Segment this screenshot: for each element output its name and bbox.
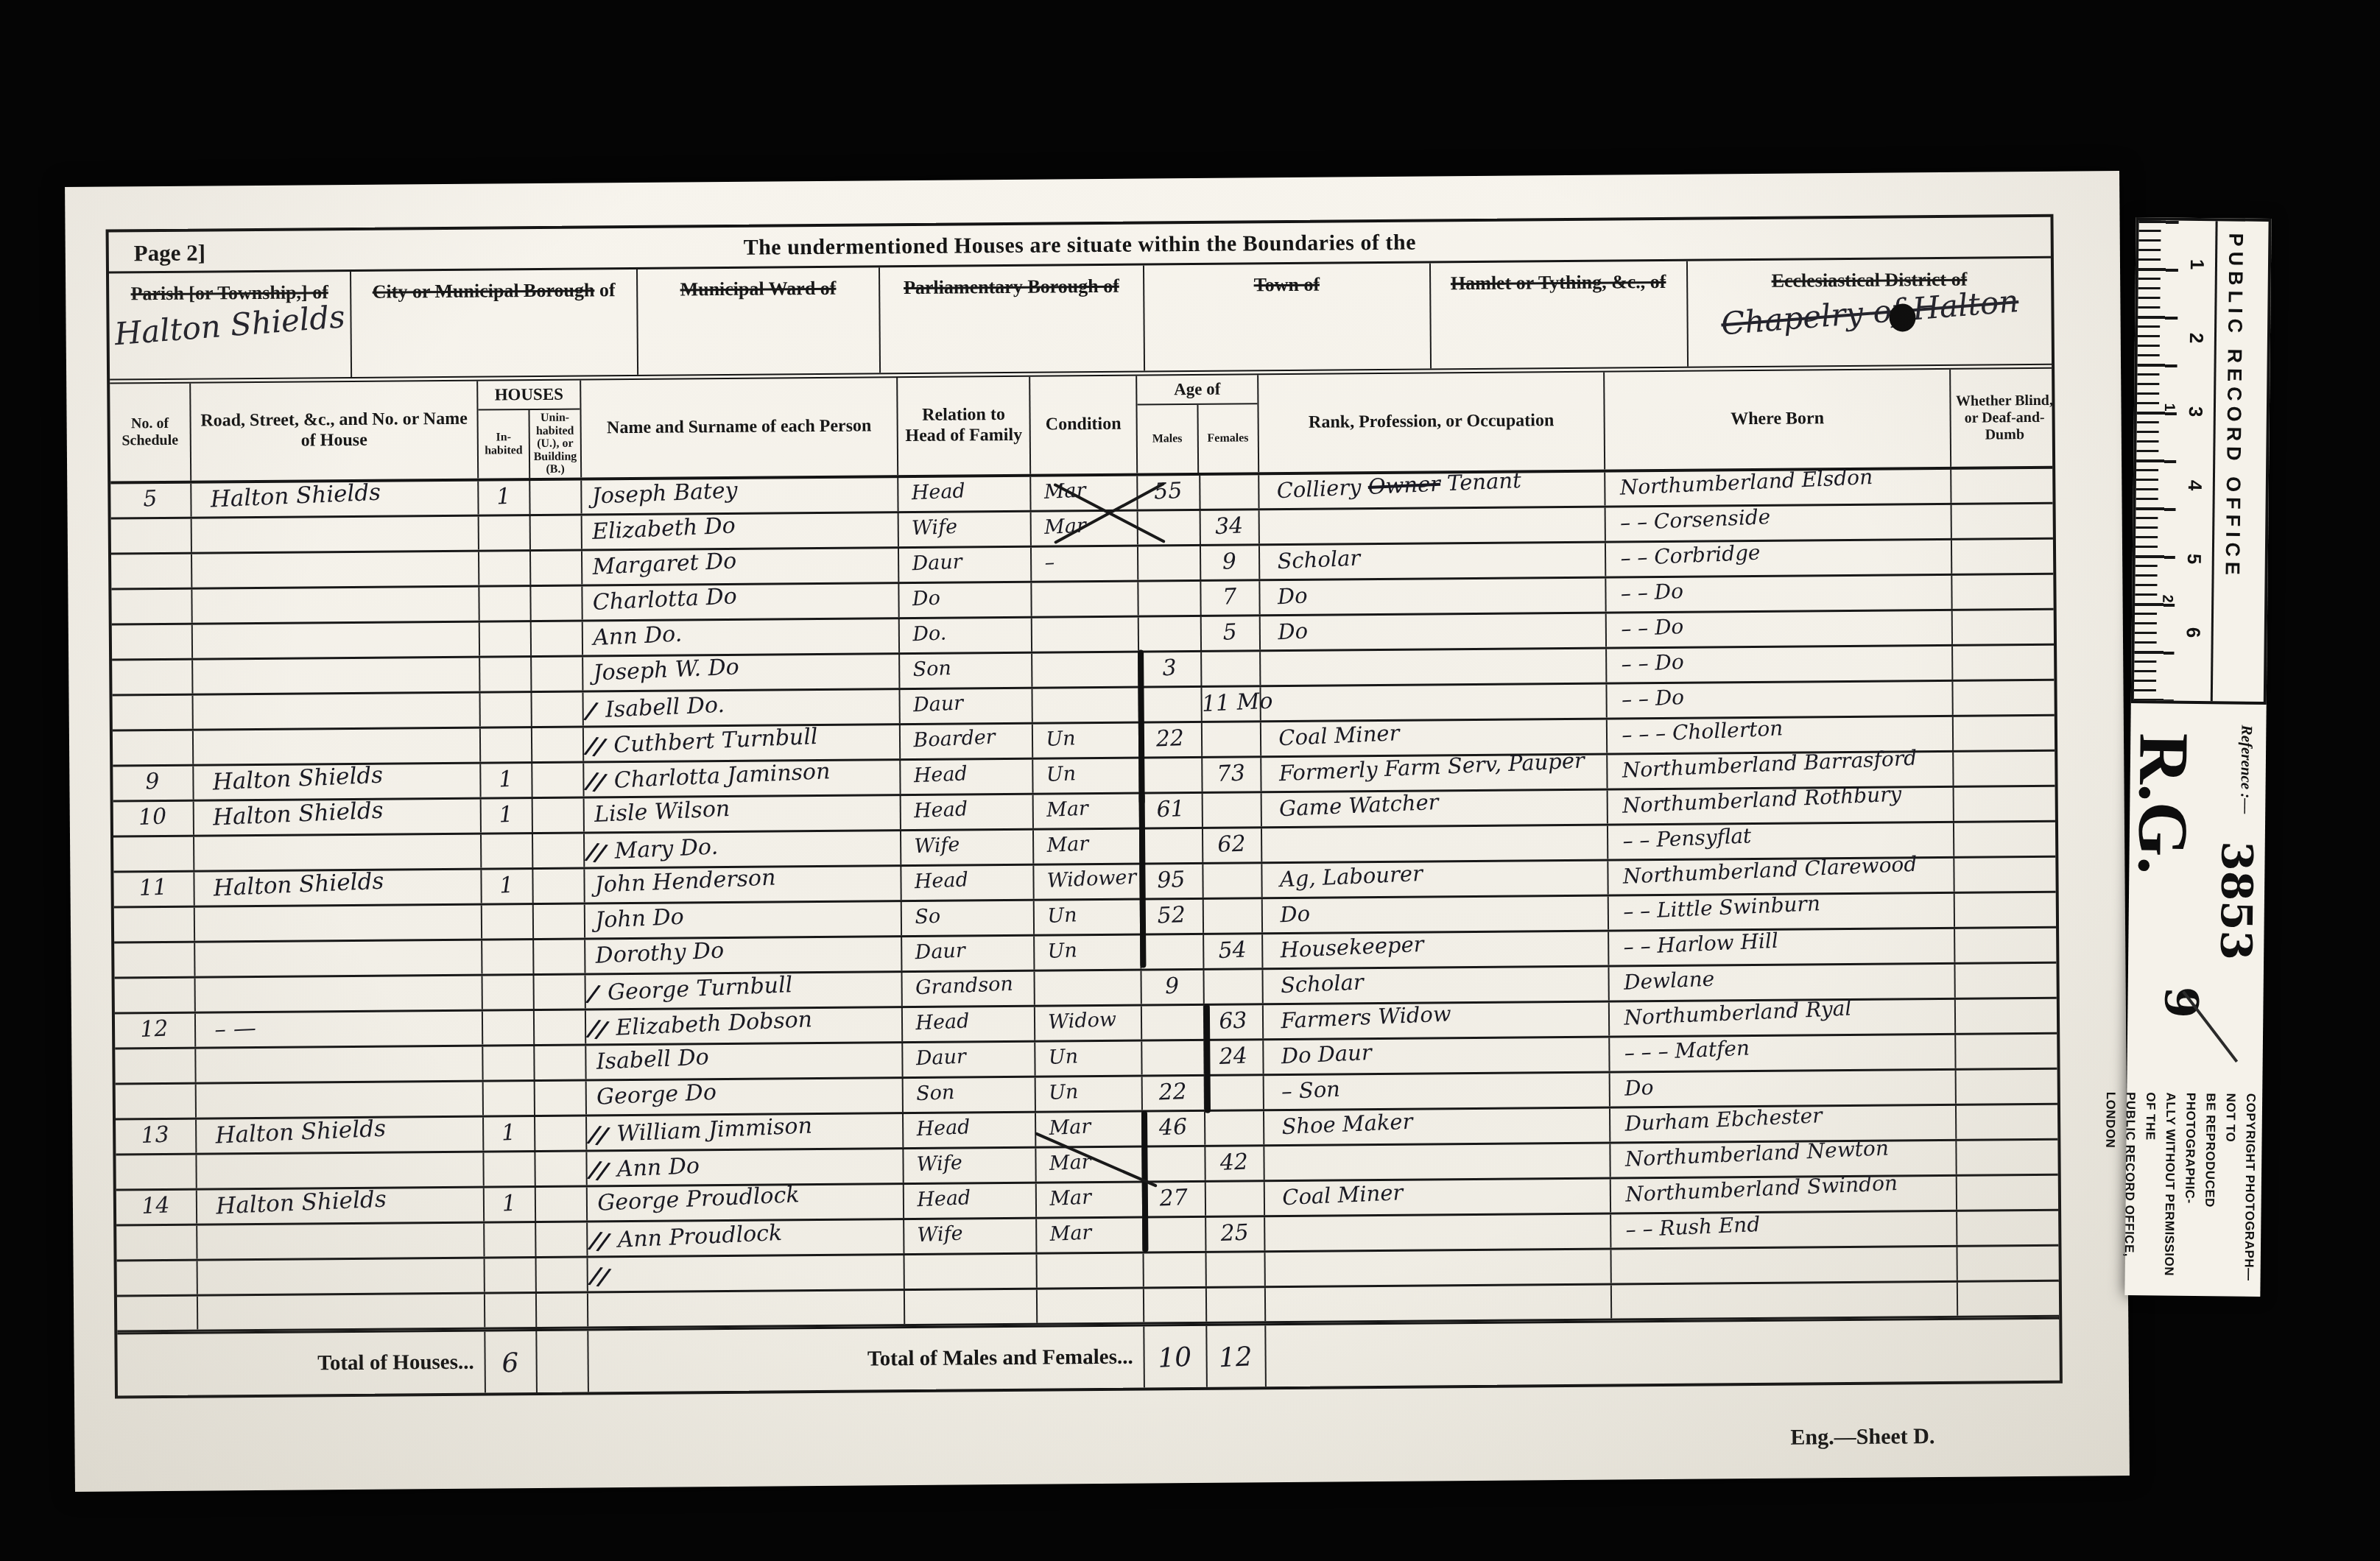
cell-infirm [1952,540,2059,574]
cell-uninhabited [534,904,585,938]
cell-name: Isabell Do [586,1043,903,1079]
cell-name: //William Jimmison [587,1114,904,1149]
cell-occupation-value: Ag, Labourer [1261,856,1423,891]
cell-relation: Son [900,654,1032,688]
cell-condition-value: Mar [1032,792,1088,821]
cell-where-born: Northumberland Ryal [1610,1000,1956,1036]
cell-age-female [1205,1111,1264,1145]
cell-occupation: Colliery Owner Tenant [1259,473,1605,509]
cell-occupation: Do Daur [1264,1038,1610,1074]
cell-inhabited [482,905,534,939]
cell-inhabited [479,587,531,621]
cell-schedule [116,1085,197,1118]
cell-where-born-value: – – Corsenside [1605,499,1771,535]
cell-infirm [1958,1282,2065,1316]
cell-name: Dorothy Do [585,937,902,973]
cell-relation-value: Wife [903,1146,962,1175]
cell-inhabited: 1 [482,870,533,903]
cell-relation-value: Daur [899,686,964,716]
cell-where-born-value: – – Do [1605,574,1684,605]
location-header-label: Parish [or Township,] of [130,281,328,304]
cell-name-value: Isabell Do. [594,687,725,722]
cell-relation-value: Daur [898,544,963,574]
cell-occupation-value: Do [1259,613,1308,644]
cell-schedule: 14 [116,1191,197,1225]
cell-condition-value: Un [1035,1039,1079,1068]
cell-schedule [113,837,194,871]
cell-uninhabited [535,975,586,1009]
cell-schedule [116,1155,197,1189]
cell-inhabited [484,1082,535,1116]
cell-inhabited [485,1223,536,1257]
cell-where-born: Northumberland Swindon [1611,1177,1957,1213]
cell-relation-value: Son [902,1075,955,1104]
cell-relation: Wife [899,512,1032,546]
cell-age-male [1140,758,1203,792]
cell-occupation: Game Watcher [1262,791,1608,827]
cell-name-value: Ann Do. [582,616,683,650]
cell-relation: So [902,901,1035,935]
cell-occupation-value: – Son [1263,1071,1340,1103]
cell-age-female [1203,722,1261,756]
total-houses-value: 6 [485,1342,536,1378]
cell-road [194,694,481,729]
cell-condition-value: – [1031,545,1055,573]
cell-infirm [1952,575,2059,609]
cell-age-male-value: 61 [1139,790,1202,822]
cell-age-male [1138,511,1201,545]
cell-where-born: – – Little Swinburn [1609,894,1955,930]
cell-age-female-value: 5 [1200,613,1259,645]
cell-schedule-value: 11 [113,868,194,901]
cell-age-female: 7 [1201,581,1260,615]
cell-age-female: 9 [1201,546,1260,579]
cell-schedule [113,731,194,765]
reference-folio: 3853 [2211,841,2262,960]
cell-infirm [1955,964,2062,998]
cell-age-male [1142,1006,1205,1040]
cell-condition-value: Mar [1035,1145,1091,1174]
cell-uninhabited [534,940,585,973]
cell-uninhabited [535,1010,586,1044]
cell-inhabited [479,552,531,585]
cell-relation: Head [904,1113,1036,1147]
cell-occupation [1262,826,1608,862]
cell-name: George Do [587,1079,904,1114]
cell-condition-value: Un [1034,933,1078,962]
cell-name-value: Lisle Wilson [583,791,730,826]
ruler: PUBLIC RECORD OFFICE 12345612 [2131,217,2272,705]
cell-condition [1038,1254,1144,1288]
cell-uninhabited [532,621,583,655]
cell-uninhabited [531,515,582,549]
ruler-number: 4 [2183,480,2206,491]
cell-age-male [1138,546,1201,580]
cell-infirm [1953,610,2060,644]
cell-occupation: Shoe Maker [1264,1109,1610,1145]
copyright-line: PUBLIC RECORD OFFICE, LONDON [2099,1092,2141,1296]
ruler-number: 2 [2185,333,2208,344]
cell-where-born-value: – – Do [1605,609,1684,640]
cell-schedule [117,1261,198,1295]
cell-where-born-value: – – Pensyflat [1608,818,1752,852]
ruler-number: 1 [2186,259,2208,270]
cell-name: /Isabell Do. [583,690,900,725]
location-header-cell: Town of [1144,263,1432,370]
col-age-group: Age of Males Females [1137,375,1259,473]
cell-name: /George Turnbull [586,973,903,1008]
cell-relation-value: Wife [898,510,957,539]
cell-infirm [1956,999,2063,1033]
cell-condition [1032,688,1139,722]
cell-road [195,941,482,976]
cell-age-female-value: 73 [1202,755,1261,786]
cell-relation: Head [901,795,1034,829]
cell-age-female-value: 34 [1200,507,1258,539]
page-title: The undermentioned Houses are situate wi… [109,225,2051,266]
cell-schedule [114,943,195,977]
cell-uninhabited [535,1152,587,1185]
cell-inhabited: 1 [482,799,533,833]
cell-name: John Do [585,902,902,937]
col-houses: HOUSES [478,381,580,411]
cell-inhabited: 1 [484,1117,535,1151]
total-males-females-label: Total of Males and Females... [589,1345,1144,1374]
cell-name: //Elizabeth Dobson [586,1008,903,1043]
cell-uninhabited [535,1046,586,1079]
col-females: Females [1198,404,1258,473]
cell-condition-value: Widow [1034,1002,1116,1033]
cell-uninhabited [530,480,582,514]
cell-age-male-value: 22 [1138,719,1201,752]
cell-condition [1032,582,1138,616]
cell-age-female: 11 Mo [1202,687,1261,721]
cell-infirm [1957,1211,2064,1245]
cell-name: //Ann Proudlock [588,1220,904,1255]
cell-relation-value: Son [899,651,952,680]
cell-relation-value: Daur [901,933,966,963]
cell-age-female-value: 25 [1205,1214,1264,1246]
cell-inhabited [479,516,531,550]
cell-relation: Boarder [901,725,1033,758]
cell-name-value: Margaret Do [582,543,737,579]
cell-where-born: – – Harlow Hill [1609,929,1955,965]
location-header-cell: Parliamentary Borough of [880,265,1145,373]
cell-age-male [1144,1253,1207,1287]
cell-age-female [1205,1076,1264,1110]
cell-age-male [1142,1041,1205,1075]
cell-condition-value: Un [1033,898,1077,926]
cell-schedule [111,554,192,588]
col-infirm: Whether Blind, or Deaf-and-Dumb [1951,369,2058,467]
cell-schedule [115,1049,196,1083]
cell-age-female: 62 [1203,828,1262,862]
copyright-line: COPYRIGHT PHOTOGRAPH—NOT TO [2219,1093,2261,1297]
cell-where-born: – – Corsenside [1606,505,1952,541]
cell-age-female [1203,793,1262,827]
cell-uninhabited [532,657,583,691]
copyright-line: BE REPRODUCED PHOTOGRAPHIC- [2179,1093,2221,1297]
cell-uninhabited [536,1187,588,1221]
cell-condition: Un [1036,1077,1143,1111]
cell-infirm [1954,858,2061,892]
cell-infirm [1957,1141,2063,1174]
cell-schedule: 5 [110,484,191,518]
cell-occupation-value: Scholar [1259,540,1361,573]
cell-age-male: 22 [1143,1077,1205,1110]
cell-where-born-value: – – Do [1606,644,1685,675]
cell-relation: Grandson [903,972,1035,1006]
cell-uninhabited [532,763,584,797]
cell-age-female-value: 9 [1200,543,1258,574]
cell-inhabited [481,693,532,727]
cell-occupation: Do [1261,614,1607,650]
cell-age-female-value: 24 [1204,1037,1263,1069]
cell-relation-value: Head [900,756,968,786]
cell-occupation [1265,1215,1611,1251]
cell-where-born: – – Corbridge [1606,540,1952,577]
tally-mark [1138,649,1145,804]
cell-inhabited: 1 [479,481,530,515]
cell-relation: Head [903,1007,1035,1041]
cell-condition: Mar [1036,1148,1143,1182]
cell-name: George Proudlock [588,1185,904,1220]
cell-road [198,1259,485,1294]
location-header-label: Town of [1254,274,1320,296]
ink-blot [1889,303,1915,331]
scanned-census-page: { "page": { "page_label": "Page 2]", "ti… [0,0,2380,1561]
cell-relation-value: Head [903,1180,971,1211]
cell-inhabited [483,976,535,1009]
cell-relation [905,1255,1038,1289]
cell-road: Halton Shields [194,870,482,906]
cell-schedule [112,660,193,694]
ruler-divider [2211,221,2218,701]
cell-age-female: 5 [1202,616,1261,650]
location-header-label: Hamlet or Tything, &c., of [1451,271,1666,294]
cell-inhabited [480,622,532,656]
cell-condition: Mar [1037,1183,1144,1217]
cell-occupation [1260,508,1606,544]
cell-condition [1035,971,1141,1005]
cell-inhabited [482,834,533,868]
cell-relation: Head [904,1184,1037,1218]
cell-uninhabited [537,1258,588,1292]
cell-uninhabited [533,798,585,832]
location-header-cell: Ecclesiastical District ofChapelry of Ha… [1687,258,2052,367]
cell-name-value: Isabell Do [585,1039,709,1074]
cell-infirm [1957,1105,2063,1139]
cell-age-male: 3 [1139,652,1202,686]
cell-age-male-value: 46 [1142,1108,1205,1141]
col-age: Age of [1137,375,1257,405]
cell-condition-value: Un [1032,756,1077,785]
cell-occupation-value: Shoe Maker [1264,1104,1413,1139]
cell-age-female: 42 [1205,1146,1264,1180]
cell-road: Halton Shields [197,1188,485,1224]
cell-name: Lisle Wilson [585,796,901,831]
tally-mark [1204,1004,1211,1113]
cell-occupation-value: Do Daur [1263,1035,1373,1068]
cell-schedule [117,1297,198,1331]
cell-infirm [1955,929,2062,962]
cell-schedule-value: 13 [115,1116,196,1149]
cell-road [192,588,479,623]
ruler-inner-number: 2 [2158,594,2175,602]
cell-name: John Henderson [585,867,901,902]
cell-name-value: Joseph W. Do [582,649,740,685]
cell-schedule: 12 [115,1014,196,1048]
cell-condition [1032,653,1139,687]
location-header-label: Parliamentary Borough of [904,275,1119,298]
cell-condition: Widow [1035,1007,1142,1040]
cell-infirm [1951,469,2058,503]
cell-relation: Daur [899,548,1032,582]
census-form-page: Page 2] The undermentioned Houses are si… [65,171,2130,1492]
cell-uninhabited [533,834,585,867]
record-office-label: PUBLIC RECORD OFFICE [2222,233,2246,580]
cell-relation: Head [901,866,1034,900]
cell-infirm [1954,716,2060,750]
cell-where-born [1612,1283,1958,1319]
reference-label: Reference :— [2236,725,2256,814]
ruler-number: 3 [2184,406,2207,417]
cell-where-born: – – Rush End [1611,1212,1957,1248]
cell-where-born: – – – Matfen [1610,1035,1956,1071]
cell-name: Margaret Do [582,549,899,584]
cell-infirm [1953,681,2060,715]
cell-age-female [1202,652,1261,686]
cell-condition: Un [1033,759,1140,793]
cell-occupation: Farmers Widow [1264,1003,1610,1039]
cell-relation: Wife [904,1149,1036,1183]
cell-inhabited [484,1152,535,1186]
cell-occupation: – Son [1264,1074,1610,1110]
cell-age-female: 63 [1205,1005,1264,1039]
cell-age-male-value: 3 [1138,649,1201,681]
cell-schedule [114,908,195,942]
cell-road [193,623,480,658]
location-header-label: City or Municipal Borough [373,279,595,302]
cell-occupation [1266,1250,1612,1286]
cell-where-born: Northumberland Elsdon [1605,470,1951,506]
cell-road [198,1294,485,1330]
cell-road: Halton Shields [194,800,482,835]
cell-road [196,1047,483,1082]
location-header-cell: City or Municipal Borough of [351,269,638,377]
cell-name-value: John Do [584,899,684,933]
ruler-number: 6 [2182,627,2205,638]
cell-condition-value: Mar [1035,1110,1091,1139]
cell-road: – — [196,1012,483,1047]
cell-occupation: Ag, Labourer [1262,861,1608,898]
cell-age-male [1144,1218,1206,1252]
reference-series: R.G. [2130,733,2195,875]
cell-inhabited: 1 [481,764,532,797]
sheet-footer: Eng.—Sheet D. [1790,1424,1934,1451]
cell-uninhabited [531,551,582,585]
cell-condition-value: Mar [1035,1180,1091,1210]
cell-relation-value: So [901,899,940,928]
cell-inhabited [483,1011,535,1045]
cell-age-female [1207,1252,1266,1286]
cell-age-female [1204,899,1263,933]
cell-inhabited [483,1046,535,1080]
cell-name: Joseph W. Do [583,655,900,690]
cell-age-male-value: 52 [1140,896,1203,929]
cell-road [197,1224,485,1259]
cell-condition: Mar [1034,830,1141,864]
col-inhabited: In-habited [478,410,530,479]
cell-schedule [113,696,194,730]
cell-relation: Daur [900,689,1032,723]
cell-relation: Son [904,1078,1036,1112]
cell-inhabited-value: 1 [480,796,532,828]
cell-infirm [1956,1035,2063,1068]
cell-name-value: Elizabeth Do [581,508,736,544]
cell-occupation: Housekeeper [1263,932,1609,968]
household-divider-mark: // [589,1261,610,1292]
cell-condition: Widower [1034,865,1141,899]
cell-relation-value: Head [898,473,965,504]
cell-where-born-value: Do [1609,1070,1654,1100]
record-office-reference-card: PUBLIC RECORD OFFICE 12345612 Reference … [2124,217,2271,1297]
location-header-cell: Parish [or Township,] ofHalton Shields [109,272,352,379]
cell-condition-value: Mar [1036,1216,1092,1245]
cell-condition: Un [1033,724,1140,758]
col-born: Where Born [1605,370,1951,470]
cell-condition: Mar [1037,1219,1144,1252]
cell-occupation [1266,1286,1612,1322]
reference-slash [2182,990,2238,1063]
cell-age-male-value: 22 [1141,1073,1204,1105]
cell-condition: Un [1035,1042,1142,1076]
cell-occupation: Scholar [1260,543,1606,579]
cell-relation-value: Wife [901,828,960,857]
cell-inhabited [480,658,532,691]
cell-relation-value: Head [901,862,968,892]
cell-uninhabited [531,586,582,620]
cell-infirm [1957,1176,2064,1210]
cell-name-value: Dorothy Do [585,932,725,968]
cell-schedule-value: 5 [110,479,191,512]
cell-schedule: 11 [113,873,194,906]
cell-where-born-value: Dewlane [1608,961,1715,993]
cell-where-born-value: – – Rush End [1610,1207,1761,1241]
location-header-label: Ecclesiastical District of [1771,269,1967,292]
col-males: Males [1137,405,1198,473]
cell-age-female-value: 7 [1200,578,1259,610]
cell-uninhabited [535,1116,587,1150]
cell-infirm [1953,646,2060,680]
cell-schedule-value: 9 [112,762,193,795]
cell-relation-value: Head [903,1110,971,1140]
cell-schedule [112,625,193,659]
cell-road-value: – — [194,1009,256,1042]
cell-condition-value: Widower [1033,860,1137,892]
col-schedule: No. of Schedule [110,384,191,482]
cell-age-male [1138,582,1201,616]
cell-inhabited [485,1294,537,1328]
cell-condition-value: Mar [1030,509,1086,538]
cell-age-female: 54 [1204,934,1263,968]
cell-condition: Un [1035,936,1141,970]
cell-inhabited-value: 1 [481,867,532,898]
cell-relation: Wife [901,831,1034,864]
total-males-value: 10 [1144,1336,1206,1373]
cell-age-female [1206,1182,1265,1216]
cell-schedule-value: 12 [113,1009,194,1043]
